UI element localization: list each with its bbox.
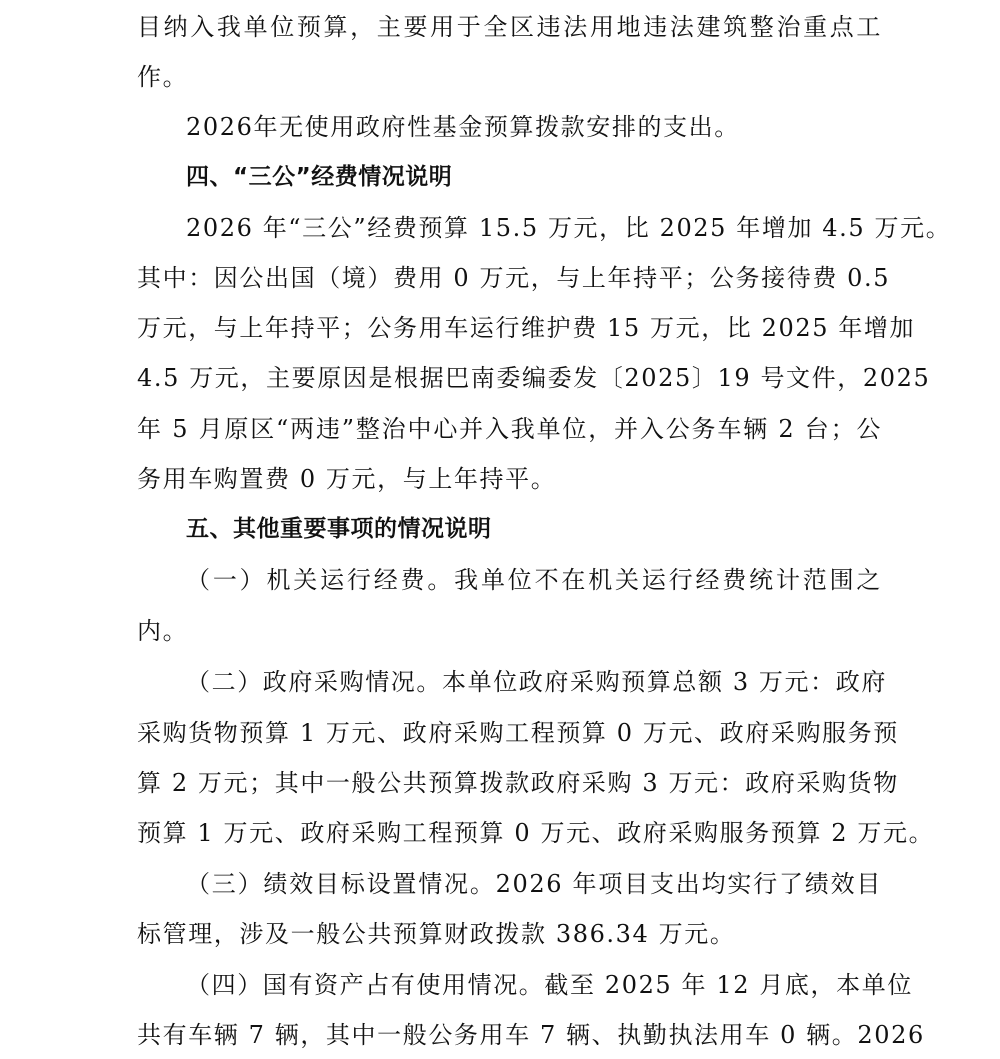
paragraph-line: 标管理，涉及一般公共预算财政拨款 386.34 万元。 [137,909,882,959]
paragraph-line: （三）绩效目标设置情况。2026 年项目支出均实行了绩效目 [186,859,882,909]
paragraph-line: （一）机关运行经费。我单位不在机关运行经费统计范围之 [186,555,882,605]
paragraph-line: 算 2 万元；其中一般公共预算拨款政府采购 3 万元：政府采购货物 [137,758,882,808]
paragraph-line: 万元，与上年持平；公务用车运行维护费 15 万元，比 2025 年增加 [137,303,882,353]
paragraph-line: 目纳入我单位预算，主要用于全区违法用地违法建筑整治重点工 [137,2,882,52]
paragraph-line: 内。 [137,606,882,656]
paragraph-line: 2026 年“三公”经费预算 15.5 万元，比 2025 年增加 4.5 万元… [186,203,882,253]
paragraph-line: 预算 1 万元、政府采购工程预算 0 万元、政府采购服务预算 2 万元。 [137,808,882,858]
section-heading: 五、其他重要事项的情况说明 [186,504,882,554]
paragraph-line: 4.5 万元，主要原因是根据巴南委编委发〔2025〕19 号文件，2025 [137,353,882,403]
paragraph-line: 其中：因公出国（境）费用 0 万元，与上年持平；公务接待费 0.5 [137,253,882,303]
paragraph-line: 务用车购置费 0 万元，与上年持平。 [137,454,882,504]
section-heading: 四、“三公”经费情况说明 [186,152,882,202]
paragraph-line: （二）政府采购情况。本单位政府采购预算总额 3 万元：政府 [186,657,882,707]
paragraph-line: 共有车辆 7 辆，其中一般公务用车 7 辆、执勤执法用车 0 辆。2026 [137,1010,882,1059]
paragraph-line: 采购货物预算 1 万元、政府采购工程预算 0 万元、政府采购服务预 [137,708,882,758]
paragraph-line: 2026年无使用政府性基金预算拨款安排的支出。 [186,102,882,152]
paragraph-line: 作。 [137,52,882,102]
paragraph-line: 年 5 月原区“两违”整治中心并入我单位，并入公务车辆 2 台；公 [137,404,882,454]
paragraph-line: （四）国有资产占有使用情况。截至 2025 年 12 月底，本单位 [186,960,882,1010]
